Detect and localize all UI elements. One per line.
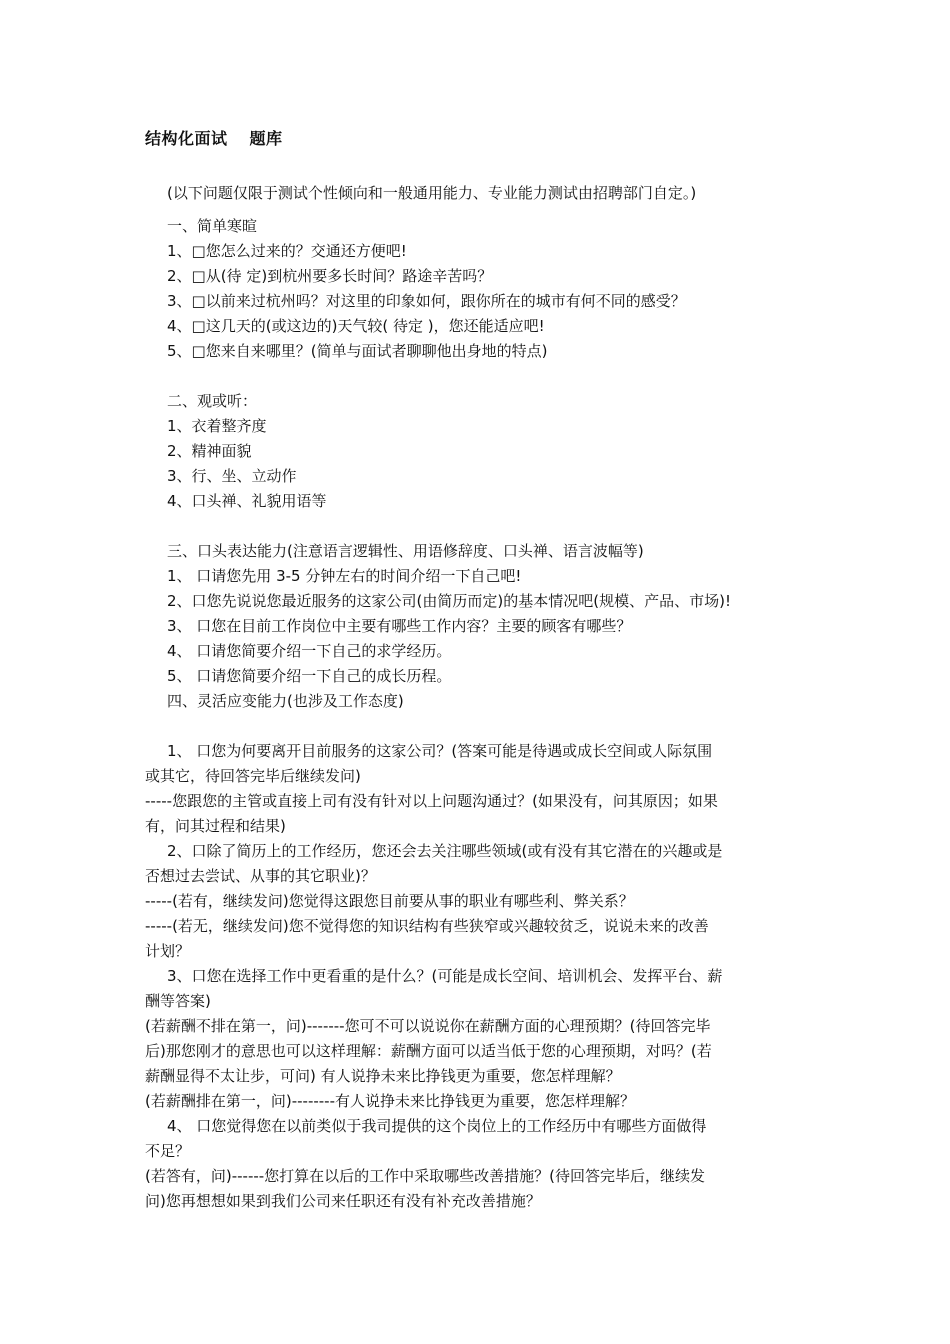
list-item: 4、 口请您简要介绍一下自己的求学经历。 <box>167 639 451 664</box>
paragraph-line: 不足？ <box>145 1139 190 1164</box>
list-item: 1、 口请您先用 3-5 分钟左右的时间介绍一下自己吧! <box>167 564 521 589</box>
list-item: 3、□以前来过杭州吗？对这里的印象如何，跟你所在的城市有何不同的感受？ <box>167 289 686 314</box>
paragraph-line: 2、口除了简历上的工作经历，您还会去关注哪些领域(或有没有其它潜在的兴趣或是 <box>167 839 722 864</box>
paragraph-line: -----(若无，继续发问)您不觉得您的知识结构有些狭窄或兴趣较贫乏，说说未来的… <box>145 914 709 939</box>
list-item: 4、□这几天的(或这边的)天气较( 待定 )，您还能适应吧! <box>167 314 545 339</box>
list-item: 2、□从(待 定)到杭州要多长时间？路途辛苦吗？ <box>167 264 492 289</box>
list-item: 5、□您来自来哪里？(简单与面试者聊聊他出身地的特点) <box>167 339 547 364</box>
document-title: 结构化面试题库 <box>145 126 283 149</box>
paragraph-line: (若薪酬排在第一，问)--------有人说挣未来比挣钱更为重要，您怎样理解？ <box>145 1089 635 1114</box>
paragraph-line: 问)您再想想如果到我们公司来任职还有没有补充改善措施？ <box>145 1189 541 1214</box>
list-item: 3、行、坐、立动作 <box>167 464 297 489</box>
list-item: 4、口头禅、礼貌用语等 <box>167 489 327 514</box>
section-heading-adaptability: 四、灵活应变能力(也涉及工作态度) <box>167 689 404 714</box>
title-part-1: 结构化面试 <box>145 129 228 148</box>
paragraph-line: 后)那您刚才的意思也可以这样理解：薪酬方面可以适当低于您的心理预期，对吗？(若 <box>145 1039 712 1064</box>
document-page: 结构化面试题库 (以下问题仅限于测试个性倾向和一般通用能力、专业能力测试由招聘部… <box>0 0 950 1344</box>
title-part-2: 题库 <box>250 129 283 148</box>
section-heading-greeting: 一、简单寒暄 <box>167 214 257 239</box>
section-heading-expression: 三、口头表达能力(注意语言逻辑性、用语修辞度、口头禅、语言波幅等) <box>167 539 644 564</box>
paragraph-line: (若薪酬不排在第一，问)-------您可不可以说说你在薪酬方面的心理预期？(待… <box>145 1014 710 1039</box>
list-item: 5、 口请您简要介绍一下自己的成长历程。 <box>167 664 451 689</box>
list-item: 2、口您先说说您最近服务的这家公司(由简历而定)的基本情况吧(规模、产品、市场)… <box>167 589 731 614</box>
paragraph-line: 计划？ <box>145 939 190 964</box>
paragraph-line: 4、 口您觉得您在以前类似于我司提供的这个岗位上的工作经历中有哪些方面做得 <box>167 1114 706 1139</box>
list-item: 2、精神面貌 <box>167 439 252 464</box>
section-heading-observe: 二、观或听： <box>167 389 257 414</box>
paragraph-line: 1、 口您为何要离开目前服务的这家公司？(答案可能是待遇或成长空间或人际氛围 <box>167 739 712 764</box>
paragraph-line: 酬等答案) <box>145 989 211 1014</box>
paragraph-line: 薪酬显得不太让步，可问) 有人说挣未来比挣钱更为重要，您怎样理解？ <box>145 1064 621 1089</box>
paragraph-line: 否想过去尝试、从事的其它职业)？ <box>145 864 376 889</box>
paragraph-line: 或其它，待回答完毕后继续发问) <box>145 764 361 789</box>
intro-note: (以下问题仅限于测试个性倾向和一般通用能力、专业能力测试由招聘部门自定。) <box>167 181 696 206</box>
paragraph-line: -----您跟您的主管或直接上司有没有针对以上问题沟通过？(如果没有，问其原因；… <box>145 789 718 814</box>
list-item: 3、 口您在目前工作岗位中主要有哪些工作内容？主要的顾客有哪些？ <box>167 614 631 639</box>
list-item: 1、衣着整齐度 <box>167 414 267 439</box>
list-item: 1、□您怎么过来的？交通还方便吧! <box>167 239 407 264</box>
paragraph-line: -----(若有，继续发问)您觉得这跟您目前要从事的职业有哪些利、弊关系？ <box>145 889 634 914</box>
paragraph-line: 3、口您在选择工作中更看重的是什么？(可能是成长空间、培训机会、发挥平台、薪 <box>167 964 722 989</box>
paragraph-line: 有，问其过程和结果) <box>145 814 286 839</box>
paragraph-line: (若答有，问)------您打算在以后的工作中采取哪些改善措施？(待回答完毕后，… <box>145 1164 705 1189</box>
